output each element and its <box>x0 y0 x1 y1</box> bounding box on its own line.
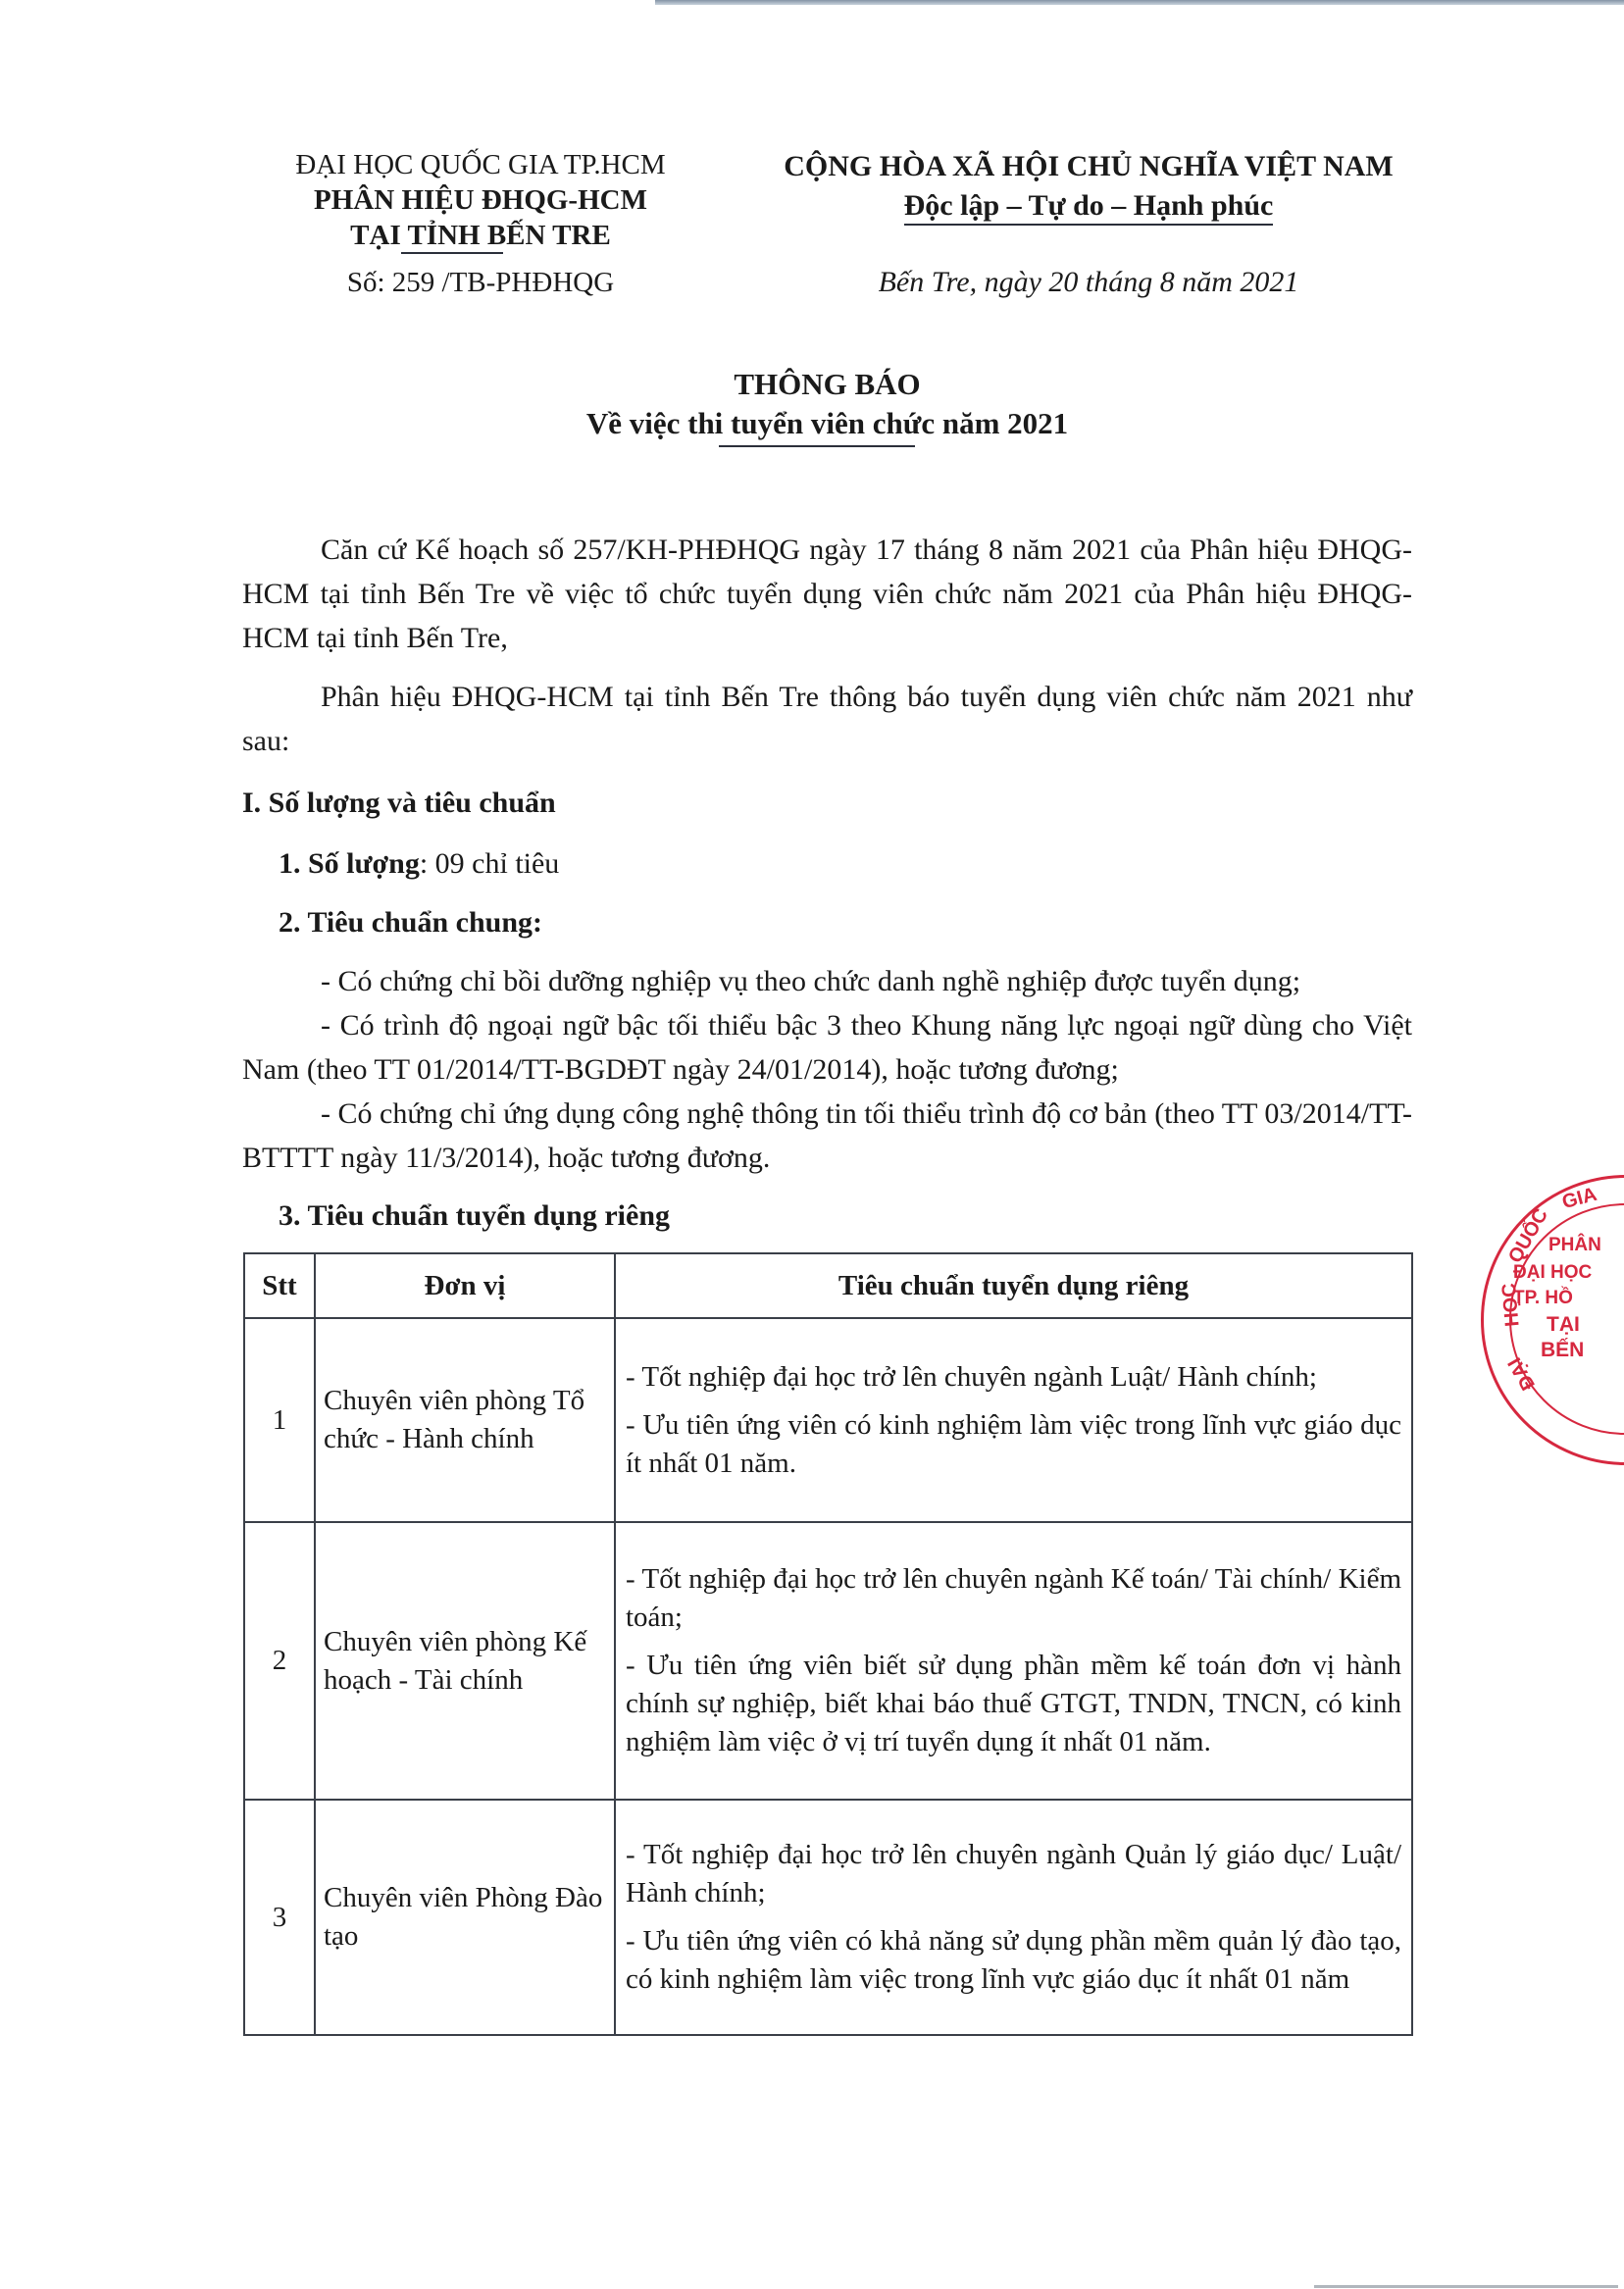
criteria-priority: - Ưu tiên ứng viên biết sử dụng phần mềm… <box>626 1647 1401 1761</box>
row-stt: 3 <box>244 1800 315 2035</box>
row-unit: Chuyên viên phòng Kế hoạch - Tài chính <box>315 1522 615 1800</box>
section-1-heading: I. Số lượng và tiêu chuẩn <box>242 781 556 825</box>
subject-underline <box>719 445 915 447</box>
notice-subject: Về việc thi tuyển viên chức năm 2021 <box>586 406 1068 440</box>
table-row: 2 Chuyên viên phòng Kế hoạch - Tài chính… <box>244 1522 1412 1800</box>
national-motto: Độc lập – Tự do – Hạnh phúc <box>904 189 1274 226</box>
intro-paragraph-2: Phân hiệu ĐHQG-HCM tại tỉnh Bến Tre thôn… <box>242 675 1412 763</box>
intro-paragraph-1: Căn cứ Kế hoạch số 257/KH-PHĐHQG ngày 17… <box>242 528 1412 660</box>
specific-criteria-table: Stt Đơn vị Tiêu chuẩn tuyển dụng riêng 1… <box>243 1252 1413 2036</box>
general-criteria-heading: 2. Tiêu chuẩn chung: <box>279 900 542 944</box>
general-criteria-item-3: - Có chứng chỉ ứng dụng công nghệ thông … <box>242 1092 1412 1180</box>
table-row: 3 Chuyên viên Phòng Đào tạo - Tốt nghiệp… <box>244 1800 1412 2035</box>
official-seal-stamp: ĐẠI HỌC QUỐC GIA PHÂN ĐẠI HỌC TP. HỒ TẠI… <box>1481 1175 1624 1465</box>
org-underline <box>401 252 503 254</box>
seal-inner-line-1: PHÂN <box>1548 1235 1601 1256</box>
seal-inner-line-4: TẠI <box>1547 1313 1580 1337</box>
seal-inner-line-5: BẾN <box>1541 1339 1584 1362</box>
row-unit: Chuyên viên phòng Tổ chức - Hành chính <box>315 1318 615 1522</box>
notice-title-block: THÔNG BÁO Về việc thi tuyển viên chức nă… <box>242 365 1412 443</box>
row-stt: 2 <box>244 1522 315 1800</box>
table-row: 1 Chuyên viên phòng Tổ chức - Hành chính… <box>244 1318 1412 1522</box>
quantity-value: : 09 chỉ tiêu <box>420 847 559 880</box>
doc-number: Số: 259 /TB-PHĐHQG <box>245 265 716 300</box>
org-parent: ĐẠI HỌC QUỐC GIA TP.HCM <box>245 147 716 182</box>
seal-inner-line-3: TP. HỒ <box>1513 1288 1573 1309</box>
place-date: Bến Tre, ngày 20 tháng 8 năm 2021 <box>745 263 1432 302</box>
col-header-unit: Đơn vị <box>315 1253 615 1318</box>
motto-wrap: Độc lập – Tự do – Hạnh phúc <box>745 186 1432 226</box>
quantity-label: 1. Số lượng <box>279 847 420 880</box>
header-left: ĐẠI HỌC QUỐC GIA TP.HCM PHÂN HIỆU ĐHQG-H… <box>245 147 716 300</box>
general-criteria-item-2: - Có trình độ ngoại ngữ bậc tối thiểu bậ… <box>242 1003 1412 1092</box>
org-name-line2: TẠI TỈNH BẾN TRE <box>245 218 716 253</box>
org-name-line1: PHÂN HIỆU ĐHQG-HCM <box>245 182 716 218</box>
quantity-line: 1. Số lượng: 09 chỉ tiêu <box>279 841 559 886</box>
criteria-degree: - Tốt nghiệp đại học trở lên chuyên ngàn… <box>626 1560 1401 1637</box>
criteria-priority: - Ưu tiên ứng viên có kinh nghiệm làm vi… <box>626 1406 1401 1483</box>
row-criteria: - Tốt nghiệp đại học trở lên chuyên ngàn… <box>615 1522 1412 1800</box>
general-criteria-item-1: - Có chứng chỉ bồi dưỡng nghiệp vụ theo … <box>242 959 1412 1003</box>
row-criteria: - Tốt nghiệp đại học trở lên chuyên ngàn… <box>615 1800 1412 2035</box>
row-unit: Chuyên viên Phòng Đào tạo <box>315 1800 615 2035</box>
table-header-row: Stt Đơn vị Tiêu chuẩn tuyển dụng riêng <box>244 1253 1412 1318</box>
specific-criteria-heading: 3. Tiêu chuẩn tuyển dụng riêng <box>279 1194 670 1238</box>
scan-edge-top <box>655 0 1624 5</box>
header-right: CỘNG HÒA XÃ HỘI CHỦ NGHĨA VIỆT NAM Độc l… <box>745 147 1432 302</box>
national-title: CỘNG HÒA XÃ HỘI CHỦ NGHĨA VIỆT NAM <box>745 147 1432 186</box>
notice-subject-wrap: Về việc thi tuyển viên chức năm 2021 <box>242 404 1412 443</box>
row-stt: 1 <box>244 1318 315 1522</box>
seal-inner-line-2: ĐẠI HỌC <box>1513 1262 1592 1284</box>
criteria-degree: - Tốt nghiệp đại học trở lên chuyên ngàn… <box>626 1836 1401 1912</box>
col-header-criteria: Tiêu chuẩn tuyển dụng riêng <box>615 1253 1412 1318</box>
scan-edge-bottom <box>1314 2285 1618 2288</box>
col-header-stt: Stt <box>244 1253 315 1318</box>
criteria-degree: - Tốt nghiệp đại học trở lên chuyên ngàn… <box>626 1358 1401 1397</box>
criteria-priority: - Ưu tiên ứng viên có khả năng sử dụng p… <box>626 1922 1401 1999</box>
notice-title: THÔNG BÁO <box>242 365 1412 404</box>
row-criteria: - Tốt nghiệp đại học trở lên chuyên ngàn… <box>615 1318 1412 1522</box>
